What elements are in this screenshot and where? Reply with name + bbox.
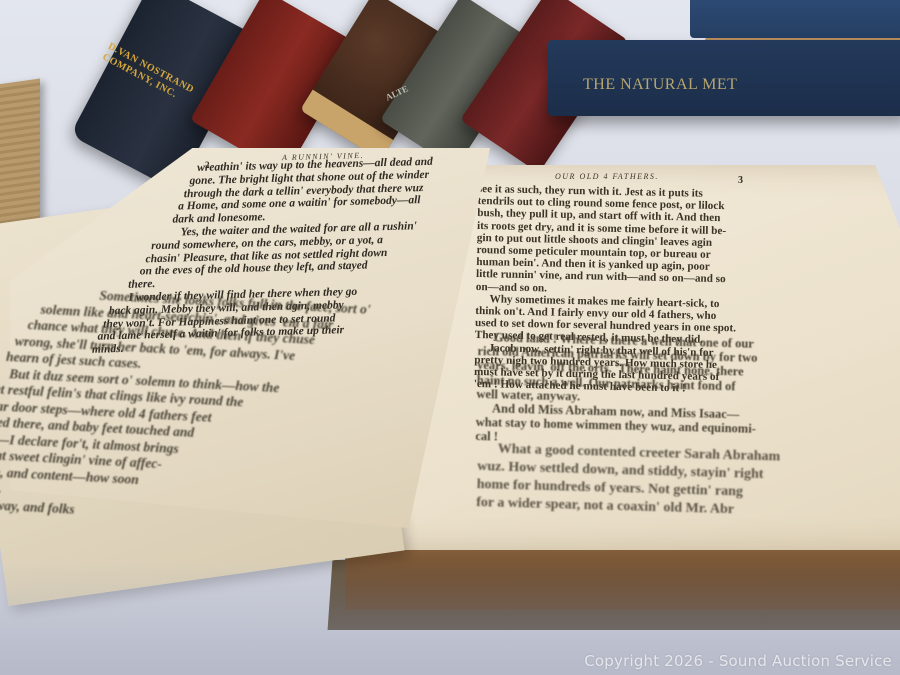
right-running-header: OUR OLD 4 FATHERS. xyxy=(555,172,659,181)
right-page-number: 3 xyxy=(738,175,743,186)
blue-book-cover xyxy=(690,0,900,38)
left-page-text-lower: Sometimes she looks folks full in the fa… xyxy=(0,282,371,533)
photo-scene: D.VAN NOSTRAND COMPANY, INC. ALTE THE NA… xyxy=(0,0,900,675)
navy-book-title: THE NATURAL MET xyxy=(583,76,737,94)
copyright-watermark: Copyright 2026 - Sound Auction Service xyxy=(584,652,892,670)
right-page-text-middle: Good land ! Where is there a well that o… xyxy=(475,330,758,450)
navy-book: THE NATURAL MET xyxy=(548,40,900,116)
right-page-text-bottom: What a good contented creeter Sarah Abra… xyxy=(476,440,780,520)
